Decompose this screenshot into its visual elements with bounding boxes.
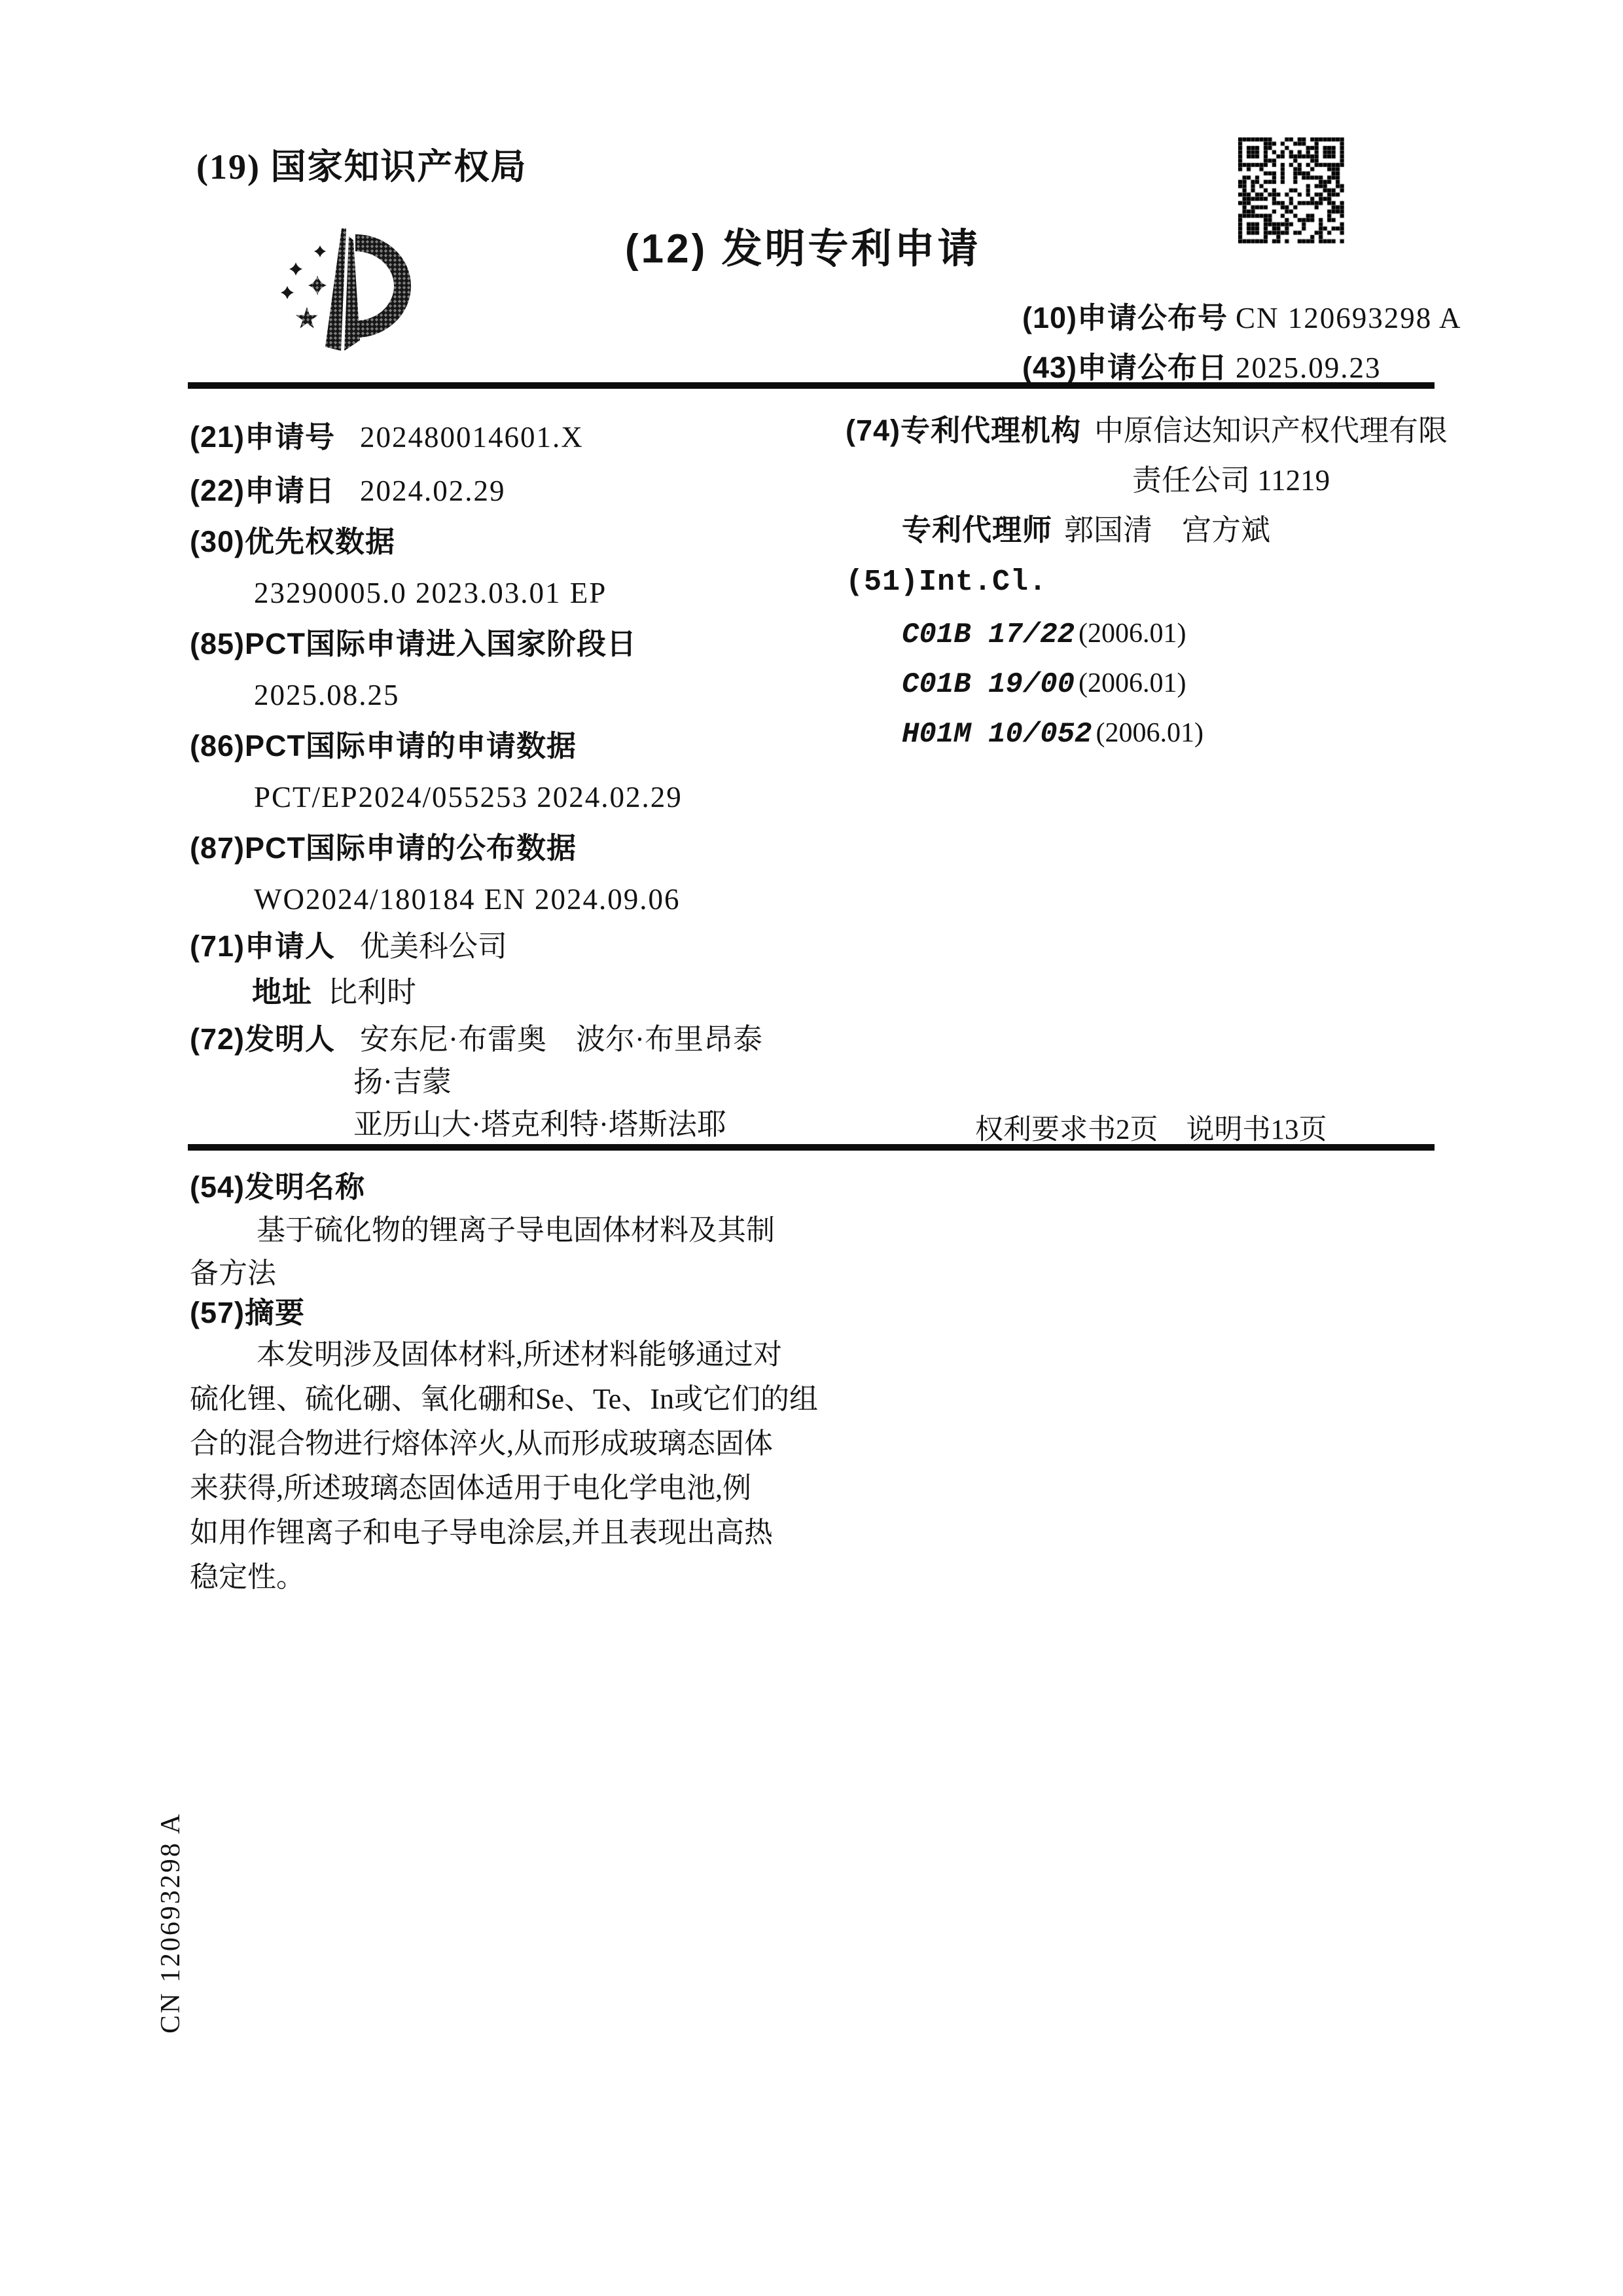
int-cl-ver-2: (2006.01) [1079,668,1186,698]
int-cl-code-2: C01B 19/00 [902,668,1075,701]
pct-national-stage-label: (85)PCT国际申请进入国家阶段日 [190,627,637,660]
publication-number-value: CN 120693298 A [1236,302,1462,334]
address-value: 比利时 [328,976,416,1009]
abstract-line-4: 来获得,所述玻璃态固体适用于电化学电池,例 [190,1470,751,1506]
logo-tower-left [325,228,346,351]
qr-code [1238,137,1344,243]
logo-sparkle-3 [281,286,294,299]
filing-date-row: (22)申请日2024.02.29 [190,473,506,509]
applicant-row: (71)申请人优美科公司 [190,928,507,965]
int-cl-entry-2: C01B 19/00(2006.01) [902,664,1186,703]
inventors-row: (72)发明人安东尼·布雷奥 波尔·布里昂泰 [190,1021,762,1058]
issuing-office: (19) 国家知识产权局 [196,145,527,190]
abstract-line-3: 合的混合物进行熔体淬火,从而形成玻璃态固体 [190,1426,773,1462]
agent-row: 专利代理师郭国清 宫方斌 [902,512,1270,548]
pct-filing-data-value: PCT/EP2024/055253 2024.02.29 [254,779,683,816]
agency-label: (74)专利代理机构 [846,414,1081,447]
side-publication-code: CN 120693298 A [155,1811,185,2034]
inventors-line-3: 亚历山大·塔克利特·塔斯法耶 [353,1106,726,1143]
publication-number-line: (10)申请公布号CN 120693298 A [1022,300,1462,336]
invention-title-line-2: 备方法 [190,1255,276,1291]
application-number-row: (21)申请号202480014601.X [190,419,584,456]
int-cl-ver-1: (2006.01) [1079,619,1186,649]
applicant-label: (71)申请人 [190,929,335,963]
agency-row: (74)专利代理机构中原信达知识产权代理有限 [846,412,1448,449]
document-type-title: (12) 发明专利申请 [625,224,980,275]
pct-publication-data-row: (87)PCT国际申请的公布数据 [190,830,577,867]
application-number-label: (21)申请号 [190,420,335,454]
priority-data-label: (30)优先权数据 [190,525,395,558]
agent-label: 专利代理师 [902,513,1052,547]
invention-title-label: (54)发明名称 [190,1169,365,1206]
pages-note: 权利要求书2页 说明书13页 [975,1113,1327,1148]
agency-name-line-2: 责任公司 11219 [1132,462,1330,499]
int-cl-entry-1: C01B 17/22(2006.01) [902,614,1186,653]
logo-star-five [296,307,318,329]
logo-p-bowl [355,243,402,329]
application-number-value: 202480014601.X [360,421,584,454]
agent-names: 郭国清 宫方斌 [1064,514,1270,547]
header-divider-rule [188,382,1435,389]
logo-sparkle-2 [289,262,302,276]
logo-sparkle-1 [314,245,326,257]
agency-name-line-1: 中原信达知识产权代理有限 [1094,414,1448,447]
publication-date-label: (43)申请公布日 [1022,351,1228,384]
int-cl-entry-3: H01M 10/052(2006.01) [902,713,1204,753]
pct-filing-data-label: (86)PCT国际申请的申请数据 [190,729,577,762]
abstract-line-5: 如用作锂离子和电子导电涂层,并且表现出高热 [190,1515,773,1551]
pct-filing-data-row: (86)PCT国际申请的申请数据 [190,728,577,764]
int-cl-ver-3: (2006.01) [1096,718,1203,748]
priority-data-value: 23290005.0 2023.03.01 EP [254,575,607,611]
publication-date-line: (43)申请公布日2025.09.23 [1022,350,1382,386]
abstract-line-2: 硫化锂、硫化硼、氧化硼和Se、Te、In或它们的组 [190,1381,818,1417]
abstract-line-6: 稳定性。 [190,1559,305,1595]
patent-front-page: { "header": { "office": "(19) 国家知识产权局", … [0,0,1623,2296]
inventors-label: (72)发明人 [190,1022,335,1056]
int-cl-code-3: H01M 10/052 [902,718,1092,751]
abstract-line-1: 本发明涉及固体材料,所述材料能够通过对 [257,1336,782,1372]
pct-national-stage-row: (85)PCT国际申请进入国家阶段日 [190,626,637,662]
filing-date-label: (22)申请日 [190,474,335,507]
invention-title-line-1: 基于硫化物的锂离子导电固体材料及其制 [257,1212,775,1248]
inventors-line-1: 安东尼·布雷奥 波尔·布里昂泰 [360,1023,762,1056]
publication-date-value: 2025.09.23 [1236,351,1382,384]
pct-national-stage-date: 2025.08.25 [254,677,400,713]
address-row: 地址比利时 [252,974,416,1011]
filing-date-value: 2024.02.29 [360,475,506,507]
pct-publication-data-label: (87)PCT国际申请的公布数据 [190,831,577,865]
cnipa-logo-icon [278,226,416,353]
priority-data-row: (30)优先权数据 [190,524,395,560]
biblio-divider-rule [188,1144,1435,1151]
int-cl-code-1: C01B 17/22 [902,619,1075,651]
applicant-name: 优美科公司 [360,930,507,963]
logo-star-mid [308,276,327,295]
int-cl-label: (51)Int.Cl. [846,565,1047,599]
int-cl-row: (51)Int.Cl. [846,562,1047,601]
inventors-line-2: 扬·吉蒙 [353,1064,452,1100]
address-label: 地址 [252,975,312,1009]
publication-number-label: (10)申请公布号 [1022,301,1228,334]
pct-publication-data-value: WO2024/180184 EN 2024.09.06 [254,881,680,918]
abstract-label: (57)摘要 [190,1295,305,1331]
